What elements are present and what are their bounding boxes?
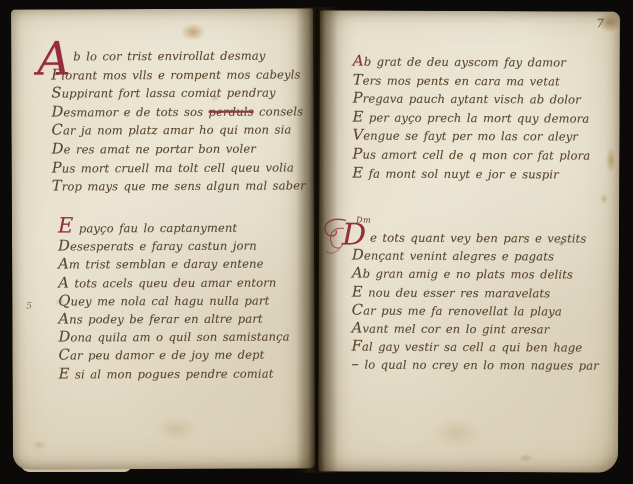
- folio-number: 7: [596, 17, 604, 31]
- poem-line: E per ayço prech la mort quy demora: [352, 108, 590, 128]
- manuscript-right-page: 7 Ab grat de deu ayscom fay damor Ters m…: [318, 10, 620, 472]
- poem-line: Trop mays que me sens algun mal saber: [52, 177, 306, 197]
- poem-line: Car peu damor e de joy me dept: [58, 346, 289, 365]
- rubricated-initial: A: [353, 51, 364, 69]
- poem-line: Dona quila am o quil son samistança: [58, 328, 289, 347]
- poem-line: Suppirant fort lassa comiat pendray: [51, 84, 305, 104]
- poem-stanza-right-2: Dm D e tots quant vey ben pars e vestits…: [351, 228, 599, 375]
- margin-mark: 5: [26, 302, 32, 312]
- rubricated-initial: E: [58, 213, 74, 237]
- poem-line-text: b grat de deu ayscom fay damor: [364, 55, 566, 70]
- strikethrough-word: perduls: [209, 104, 254, 118]
- poem-line: Ters mos pents en cara ma vetat: [353, 71, 591, 91]
- poem-line-text: e tots quant vey ben pars e vestits: [370, 231, 586, 246]
- poem-line: Car pus me fa renovellat la playa: [352, 301, 599, 320]
- poem-line: E si al mon pogues pendre comiat: [59, 364, 290, 383]
- poem-line: Dm D e tots quant vey ben pars e vestits: [352, 228, 599, 247]
- poem-stanza-left-1: A b lo cor trist envirollat desmay Plora…: [51, 46, 306, 196]
- manuscript-photo: A b lo cor trist envirollat desmay Plora…: [0, 0, 633, 484]
- poem-line: Pus mort cruell ma tolt cell queu volia: [52, 158, 306, 178]
- poem-line-text: b lo cor trist envirollat desmay: [73, 49, 265, 64]
- poem-line: Am trist semblan e daray entene: [58, 255, 289, 274]
- poem-line: Desmamor e de tots sos perduls consels: [51, 102, 305, 122]
- poem-line: Ans podey be ferar en altre part: [58, 309, 289, 328]
- poem-line: – lo qual no crey en lo mon nagues par: [351, 356, 598, 375]
- rubricated-initial: A: [37, 35, 71, 81]
- poem-line: Pus amort cell de q mon cor fat plora: [352, 145, 590, 165]
- manuscript-left-page: A b lo cor trist envirollat desmay Plora…: [11, 8, 315, 469]
- poem-line: De res amat ne portar bon voler: [52, 139, 306, 159]
- poem-line: Desesperats e faray castun jorn: [58, 237, 289, 256]
- poem-line-text: payço fau lo captanyment: [73, 221, 237, 236]
- poem-line: Fal gay vestir sa cell a qui ben hage: [351, 338, 598, 357]
- poem-line: Car ja nom platz amar ho qui mon sia: [51, 121, 305, 141]
- rubricated-initial: D: [342, 220, 366, 250]
- poem-line: Ab grat de deu ayscom fay damor: [353, 52, 591, 72]
- poem-stanza-left-2: E payço fau lo captanyment Desesperats e…: [58, 214, 290, 383]
- poem-line: E nou deu esser res maravelats: [352, 283, 599, 302]
- poem-line: E payço fau lo captanyment: [58, 214, 289, 237]
- poem-line: Ab gran amig e no plats mos delits: [352, 265, 599, 284]
- poem-line: Dençant venint alegres e pagats: [352, 247, 599, 266]
- poem-stanza-right-1: Ab grat de deu ayscom fay damor Ters mos…: [352, 52, 590, 183]
- poem-line-text: Desmamor e de tots sos: [51, 105, 208, 120]
- poem-line: Vengue se fayt per mo las cor aleyr: [352, 127, 590, 147]
- poem-line: A b lo cor trist envirollat desmay: [51, 46, 305, 66]
- poem-line: Quey me nola cal hagu nulla part: [58, 291, 289, 310]
- poem-line: Plorant mos vlls e rompent mos cabeyls: [51, 65, 305, 85]
- poem-line-text: consels: [254, 104, 304, 118]
- poem-line: Pregava pauch aytant visch ab dolor: [353, 90, 591, 110]
- poem-line: E fa mont sol nuyt e jor e suspir: [352, 164, 590, 184]
- poem-line: A tots acels queu deu amar entorn: [58, 273, 289, 292]
- poem-line: Avant mel cor en lo gint aresar: [352, 320, 599, 339]
